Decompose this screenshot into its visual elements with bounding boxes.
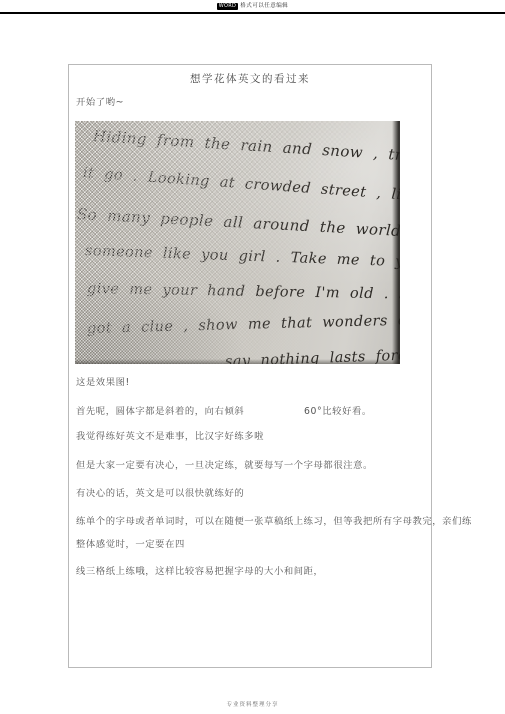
intro-text: 开始了哟~ — [76, 97, 426, 109]
document-page: WORD 格式可以任意编辑 想学花体英文的看过来 开始了哟~ Hiding fr… — [0, 0, 505, 714]
tilt-advice-first: 首先呢，圆体字都是斜着的，向右倾斜 — [76, 403, 244, 417]
body-paragraph: 我觉得练好英文不是难事，比汉字好练多啦 — [76, 431, 426, 443]
photo-dark-edge — [392, 121, 400, 364]
body-paragraph: 线三格纸上练哦，这样比较容易把握字母的大小和间距， — [76, 566, 426, 578]
watermark-text: 格式可以任意编辑 — [240, 3, 288, 10]
handwriting-line: someone like you girl . Take me to your … — [85, 243, 400, 277]
body-paragraph: 练单个的字母或者单词时，可以在随便一张草稿纸上练习，但等我把所有字母教完，亲们练 — [76, 516, 426, 528]
handwriting-line: got a clue , show me that wonders can be… — [87, 308, 400, 337]
photo-shadow-edge — [75, 359, 400, 364]
watermark-badge: WORD 格式可以任意编辑 — [0, 1, 505, 11]
handwriting-line: So many people all around the world . Te… — [77, 205, 400, 249]
body-paragraph: 有决心的话，英文是可以很快就练好的 — [76, 488, 426, 500]
body-paragraph: 但是大家一定要有决心，一旦决定练，就要每写一个字母都很注意。 — [76, 460, 426, 472]
footer-watermark: 专业资料整理分享 — [0, 700, 505, 708]
caption-text: 这是效果图! — [76, 377, 426, 389]
top-divider — [0, 12, 505, 14]
handwriting-line: give me your hand before I'm old . Show … — [87, 281, 400, 305]
tilt-advice-line: 首先呢，圆体字都是斜着的，向右倾斜 60°比较好看。 — [76, 403, 426, 415]
page-title: 想学花体英文的看过来 — [68, 71, 432, 86]
tilt-advice-degree: 60°比较好看。 — [304, 403, 372, 417]
body-paragraph: 整体感觉时，一定要在四 — [76, 539, 426, 551]
word-badge: WORD — [217, 3, 238, 10]
handwriting-photo: Hiding from the rain and snow , trying t… — [75, 121, 400, 364]
